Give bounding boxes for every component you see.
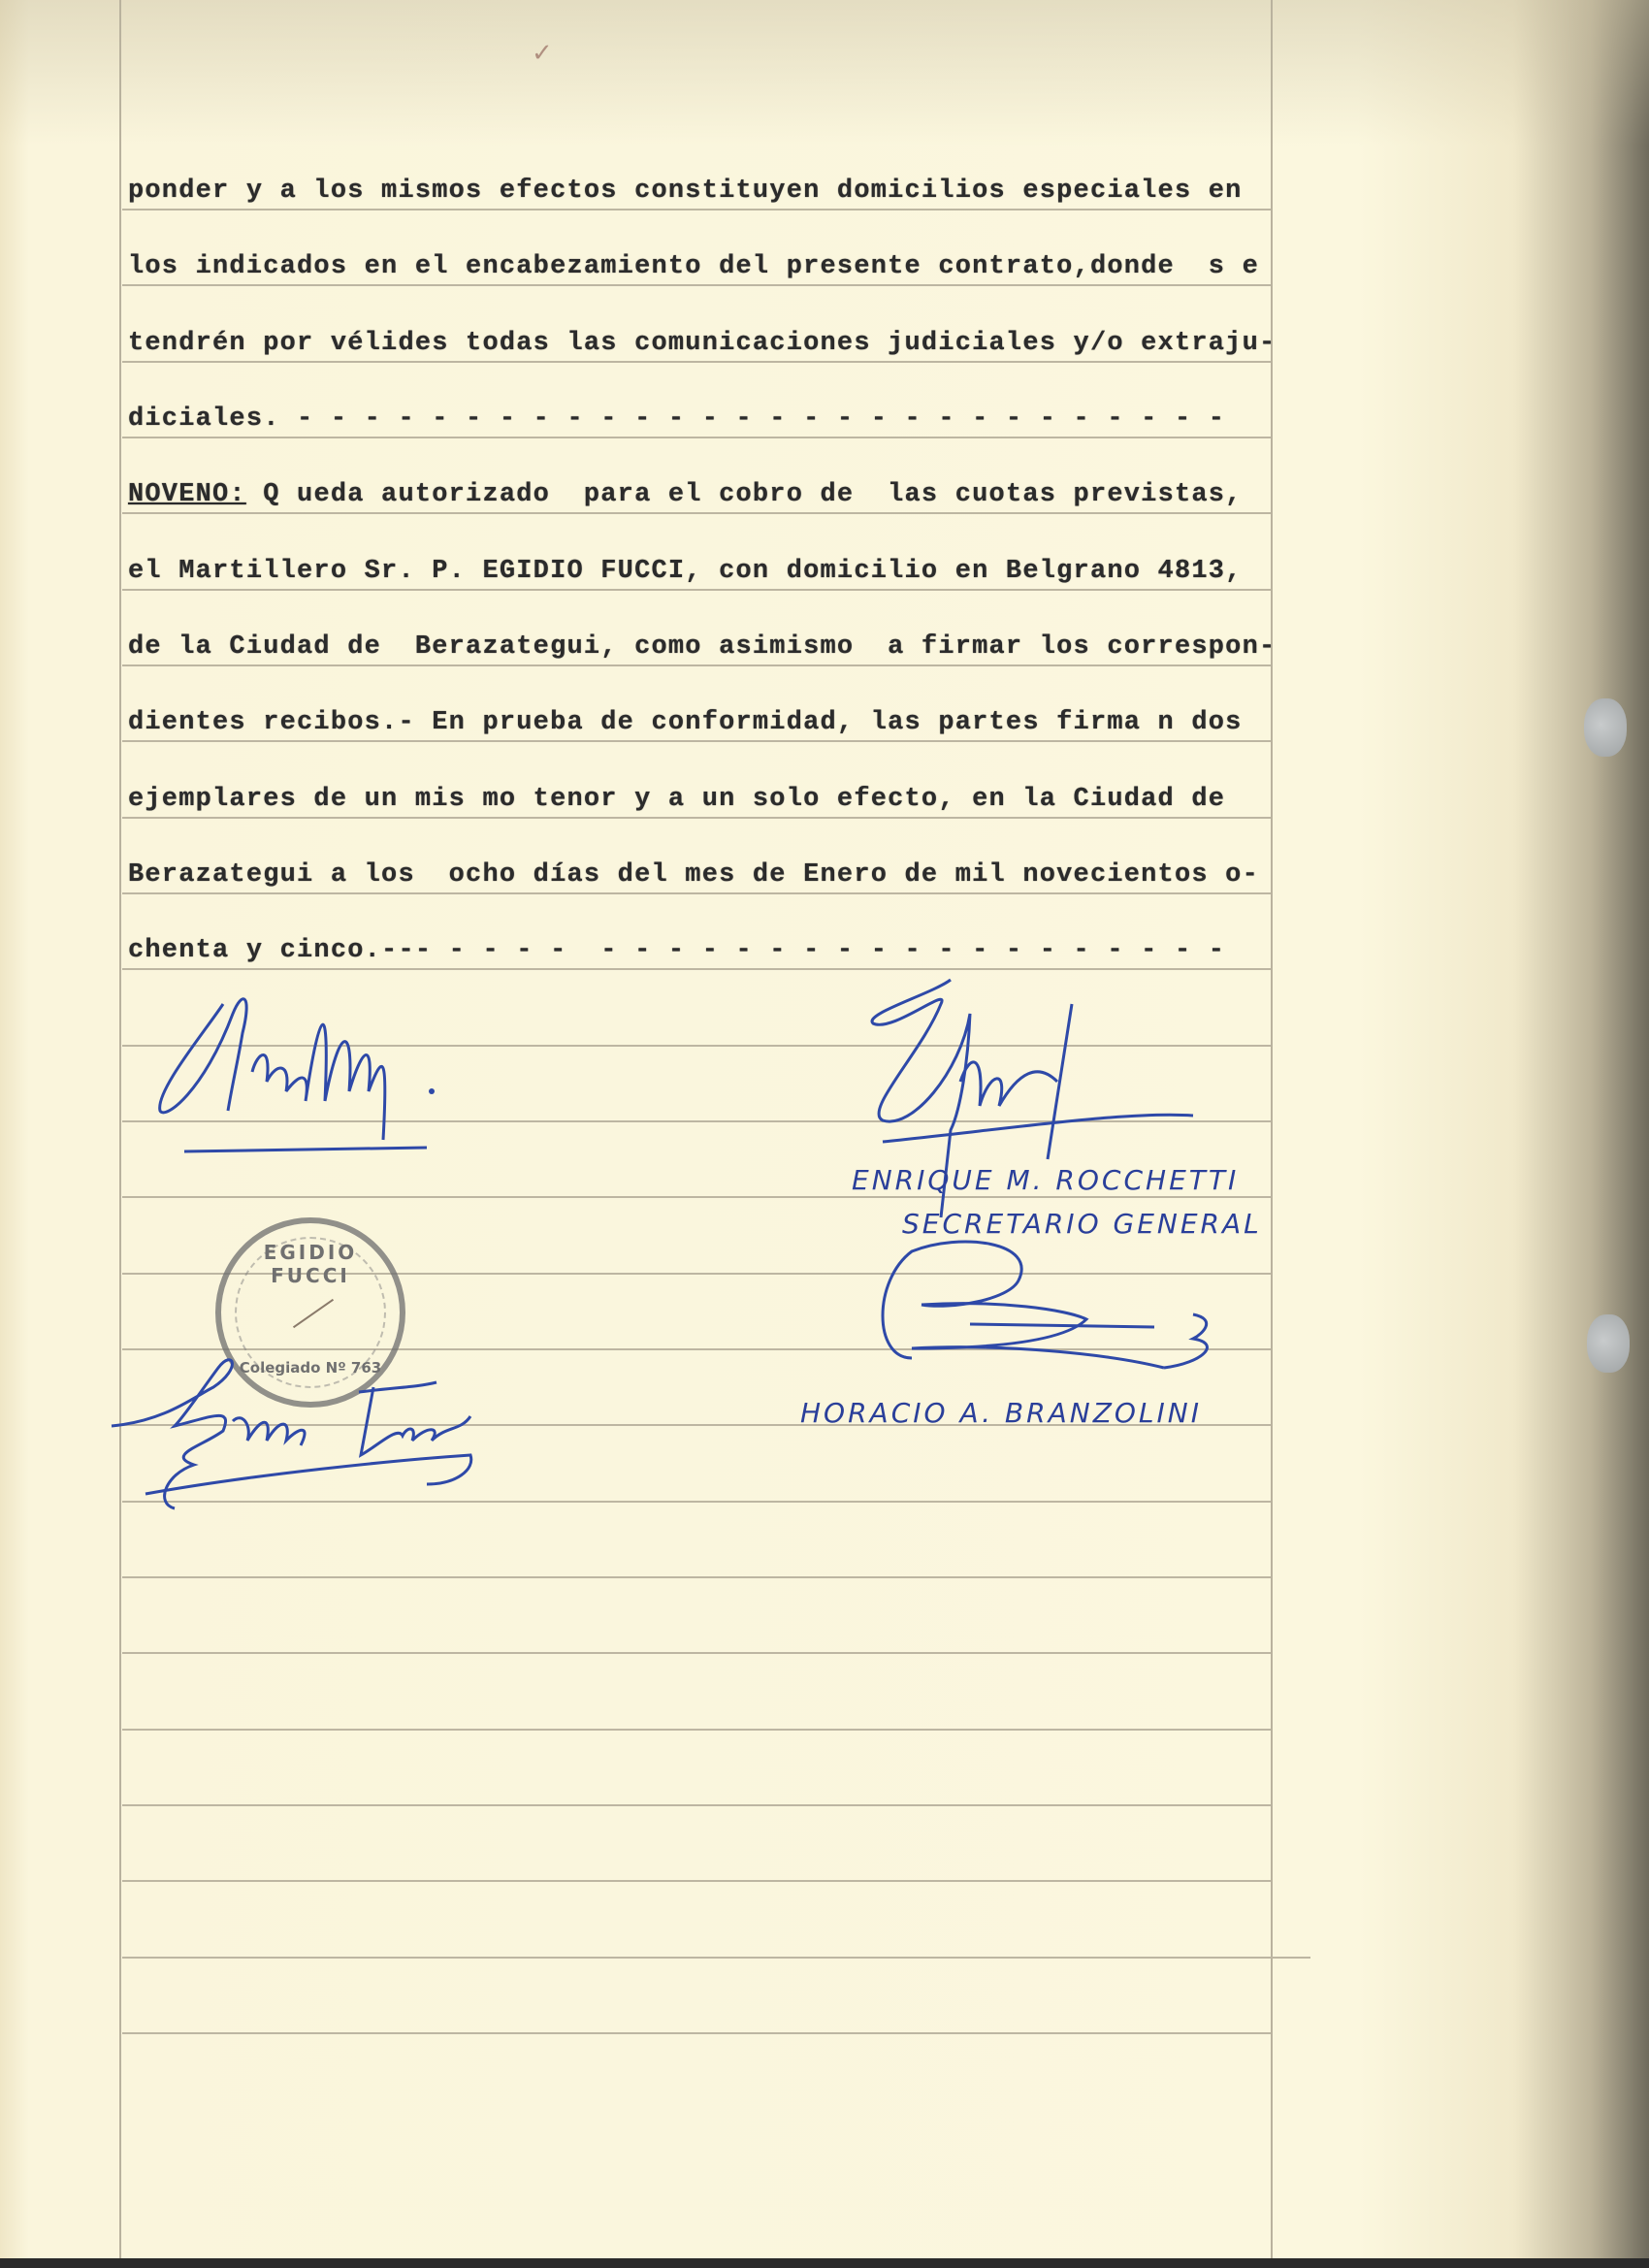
ruled-line bbox=[122, 1957, 1310, 1959]
signatory-name-rocchetti: ENRIQUE M. ROCCHETTI bbox=[852, 1164, 1239, 1196]
check-mark-icon: ✓ bbox=[532, 39, 553, 68]
signatory-title: SECRETARIO GENERAL bbox=[902, 1208, 1262, 1240]
text-line-2: los indicados en el encabezamiento del p… bbox=[128, 252, 1282, 281]
ruled-line bbox=[122, 1652, 1271, 1654]
binding-hole bbox=[1587, 1314, 1630, 1373]
scan-shadow bbox=[0, 0, 1649, 146]
text-line-10: Berazategui a los ocho días del mes de E… bbox=[128, 860, 1282, 890]
text-line-3: tendrén por vélides todas las comunicaci… bbox=[128, 329, 1282, 358]
binding-hole bbox=[1584, 698, 1627, 757]
text-line-9: ejemplares de un mis mo tenor y a un sol… bbox=[128, 785, 1282, 814]
ruled-line bbox=[122, 2032, 1271, 2034]
ruled-line bbox=[122, 437, 1271, 438]
ruled-line bbox=[122, 968, 1271, 970]
clause-text: Q ueda autorizado para el cobro de las c… bbox=[246, 480, 1243, 509]
ruled-line bbox=[122, 892, 1271, 894]
ruled-line bbox=[122, 361, 1271, 363]
document-page: ✓ ponder y a los mismos efectos constitu… bbox=[0, 0, 1649, 2268]
ruled-line bbox=[122, 209, 1271, 211]
signatory-name-branzolini: HORACIO A. BRANZOLINI bbox=[800, 1397, 1202, 1429]
ruled-line bbox=[122, 1576, 1271, 1578]
text-line-4: diciales. - - - - - - - - - - - - - - - … bbox=[128, 405, 1282, 434]
stamp-name: EGIDIO FUCCI bbox=[221, 1241, 400, 1287]
signature-bottom-right bbox=[854, 1242, 1242, 1382]
ruled-line bbox=[122, 512, 1271, 514]
ruled-line bbox=[122, 740, 1271, 742]
left-margin-line bbox=[119, 0, 121, 2260]
text-line-1: ponder y a los mismos efectos constituye… bbox=[128, 177, 1282, 206]
text-line-noveno: NOVENO: Q ueda autorizado para el cobro … bbox=[128, 480, 1282, 509]
ruled-line bbox=[122, 1880, 1271, 1882]
text-line-6: el Martillero Sr. P. EGIDIO FUCCI, con d… bbox=[128, 557, 1282, 586]
clause-heading: NOVENO: bbox=[128, 480, 246, 509]
scan-edge bbox=[0, 2258, 1649, 2268]
signature-bottom-left bbox=[107, 1348, 514, 1518]
ruled-line bbox=[122, 817, 1271, 819]
ruled-line bbox=[122, 284, 1271, 286]
ruled-line bbox=[122, 589, 1271, 591]
text-line-8: dientes recibos.- En prueba de conformid… bbox=[128, 708, 1282, 737]
signature-top-left bbox=[145, 975, 475, 1164]
ruled-line bbox=[122, 1729, 1271, 1731]
ruled-line bbox=[122, 1804, 1271, 1806]
ruled-line bbox=[122, 664, 1271, 666]
text-line-11: chenta y cinco.--- - - - - - - - - - - -… bbox=[128, 936, 1282, 965]
text-line-7: de la Ciudad de Berazategui, como asimis… bbox=[128, 632, 1282, 662]
